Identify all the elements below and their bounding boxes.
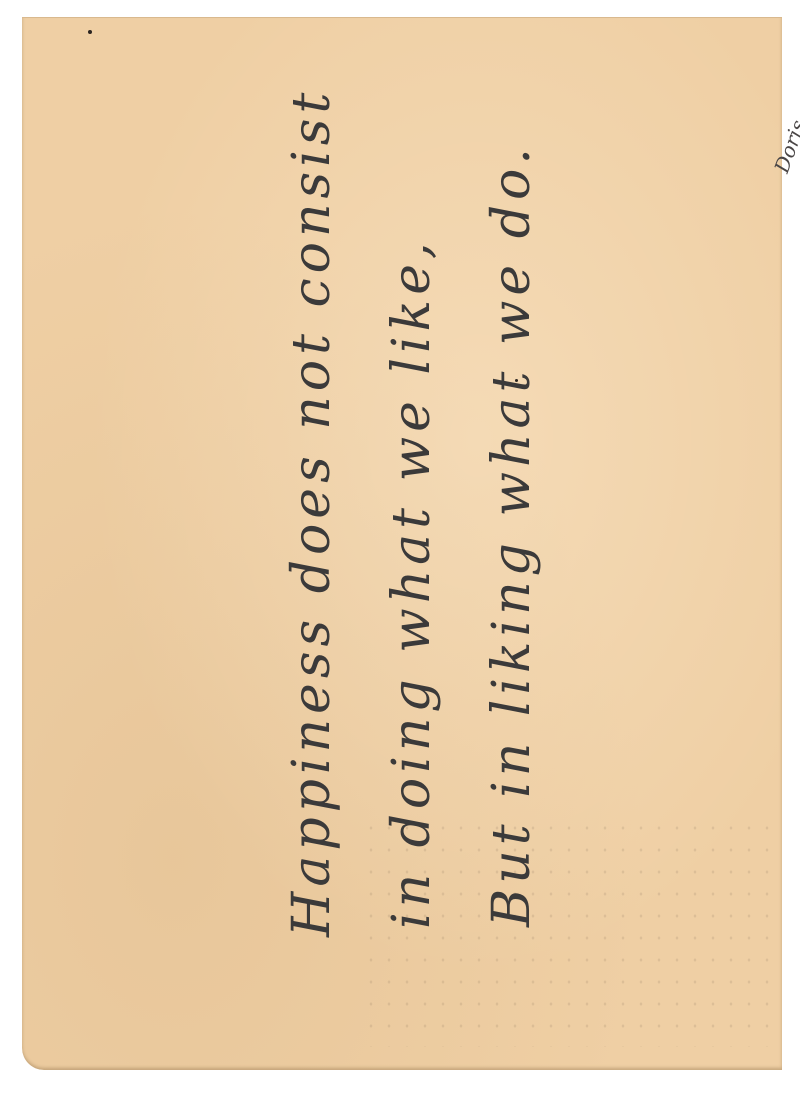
ink-speck: [88, 30, 92, 34]
handwritten-line-1: Happiness does not consist: [282, 88, 342, 937]
paper-sheet: Happiness does not consist in doing what…: [22, 17, 782, 1070]
handwritten-line-2: in doing what we like,: [382, 238, 442, 930]
signature: Doris: [769, 117, 800, 176]
handwritten-line-3: But in liking what we do.: [482, 143, 542, 927]
